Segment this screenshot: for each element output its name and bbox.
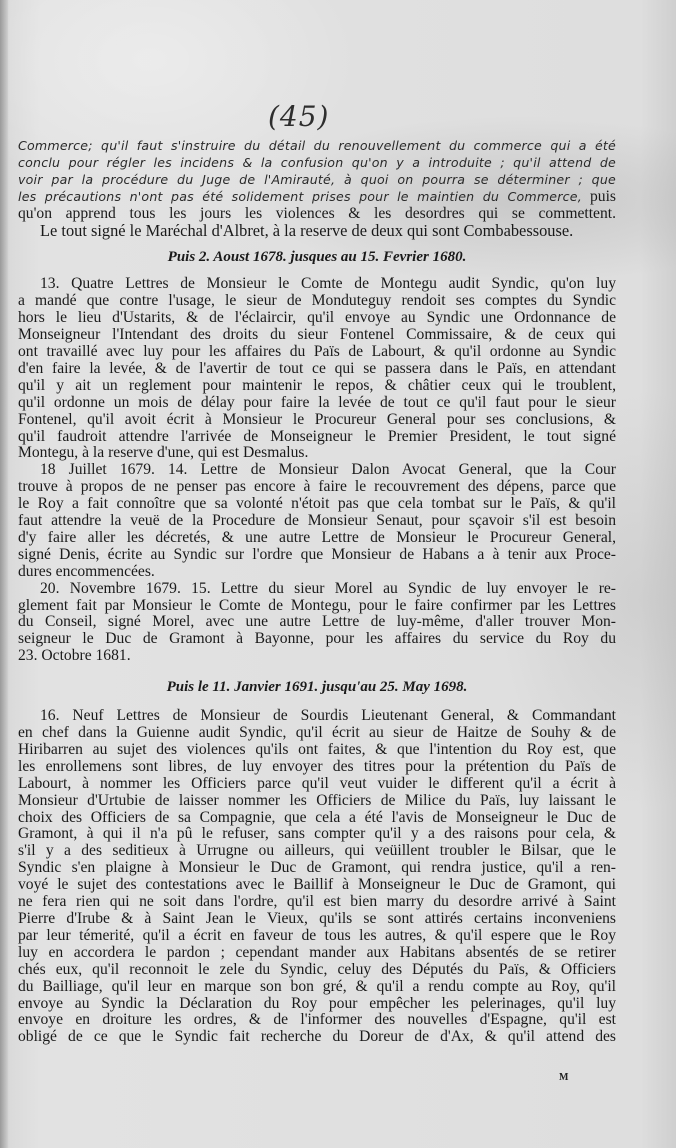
text-line: qu'on apprend tous les jours les violenc… (18, 206, 616, 223)
paragraph-15: 20. Novembre 1679. 15. Lettre du sieur M… (18, 581, 616, 666)
text-line: dures encommencées. (18, 564, 616, 581)
page-number: (45) (268, 100, 329, 133)
paragraph-14: 18 Juillet 1679. 14. Lettre de Monsieur … (18, 462, 616, 580)
signature-line: Le tout signé le Maréchal d'Albret, à la… (18, 223, 616, 240)
text-line: Pierre d'Irube & à Saint Jean le Vieux, … (18, 911, 616, 928)
section-heading-1678-1680: Puis 2. Aoust 1678. jusques au 15. Fevri… (18, 249, 616, 266)
text-line: Labourt, à nommer les Officiers parce qu… (18, 776, 616, 793)
text-line: ont travaillé avec luy pour les affaires… (18, 344, 616, 361)
text-line: Montegu, à la reserve d'une, qui est Des… (18, 445, 616, 462)
text-line: chés eux, qu'il reconnoit le zele du Syn… (18, 962, 616, 979)
text-line: signé Denis, écrite au Syndic sur l'ordr… (18, 547, 616, 564)
text-line: envoye en droiture les ordres, & de l'in… (18, 1012, 616, 1029)
section-heading-1691-1698: Puis le 11. Janvier 1691. jusqu'au 25. M… (18, 679, 616, 696)
text-line: 13. Quatre Lettres de Monsieur le Comte … (18, 276, 616, 293)
paragraph-13: 13. Quatre Lettres de Monsieur le Comte … (18, 276, 616, 462)
handwritten-line-with-print: les précautions n'ont pas été solidement… (18, 189, 616, 206)
text-line: 23. Octobre 1681. (18, 648, 616, 665)
text-line: Gramont, à qui il n'a pû le refuser, san… (18, 826, 616, 843)
handwritten-insert: Commerce; qu'il faut s'instruire du déta… (18, 138, 616, 206)
text-line: qu'il faudroit attendre l'arrivée de Mon… (18, 429, 616, 446)
text-line: voyé le sujet des contestations avec le … (18, 877, 616, 894)
text-line: 16. Neuf Lettres de Monsieur de Sourdis … (18, 708, 616, 725)
handwritten-line: voir par la procédure du Juge de l'Amira… (18, 172, 616, 189)
text-line: choix des Officiers de sa Compagnie, que… (18, 810, 616, 827)
intro-paragraph: qu'on apprend tous les jours les violenc… (18, 206, 616, 240)
text-line: 18 Juillet 1679. 14. Lettre de Monsieur … (18, 462, 616, 479)
text-line: qu'il y ait un reglement pour maintenir … (18, 378, 616, 395)
text-line: envoye au Syndic la Déclaration du Roy p… (18, 996, 616, 1013)
text-line: s'il y a des seditieux à Urrugne ou aill… (18, 843, 616, 860)
text-line: luy en accordera le pardon ; cependant m… (18, 945, 616, 962)
text-line: le Roy a fait connoître que sa volonté n… (18, 496, 616, 513)
document-body: Commerce; qu'il faut s'instruire du déta… (18, 138, 616, 1046)
binding-gutter (0, 0, 8, 1148)
text-line: trouve à propos de ne penser pas encore … (18, 479, 616, 496)
text-line: seigneur le Duc de Gramont à Bayonne, po… (18, 631, 616, 648)
text-line: du Conseil, signé Morel, avec une autre … (18, 614, 616, 631)
text-line: glement fait par Monsieur le Comte de Mo… (18, 598, 616, 615)
text-line: 20. Novembre 1679. 15. Lettre du sieur M… (18, 581, 616, 598)
text-line: obligé de ce que le Syndic fait recherch… (18, 1029, 616, 1046)
text-line: qu'il ordonne un mois de délay pour fair… (18, 395, 616, 412)
text-line: du Bailliage, qu'il leur en marque son b… (18, 979, 616, 996)
text-line: Hiribarren au sujet des violences qu'ils… (18, 742, 616, 759)
text-line: Monsieur d'Urtubie de laisser nommer les… (18, 793, 616, 810)
text-line: d'y faire aller les décretés, & une autr… (18, 530, 616, 547)
handwritten-line: conclu pour régler les incidens & la con… (18, 155, 616, 172)
text-line: Fontenel, qu'il avoit écrit à Monsieur l… (18, 412, 616, 429)
text-line: faut attendre la veuë de la Procedure de… (18, 513, 616, 530)
text-line: Monseigneur l'Intendant des droits du si… (18, 327, 616, 344)
text-line: par leur témerité, qu'il a écrit en fave… (18, 928, 616, 945)
text-line: ne fera rien qui ne soit dans l'ordre, q… (18, 894, 616, 911)
document-page: (45) Commerce; qu'il faut s'instruire du… (0, 0, 676, 1148)
handwritten-line: Commerce; qu'il faut s'instruire du déta… (18, 138, 616, 155)
handwritten-line: les précautions n'ont pas été solidement… (18, 189, 582, 204)
text-line: en chef dans la Guienne audit Syndic, qu… (18, 725, 616, 742)
text-line: Syndic s'en plaigne à Monsieur le Duc de… (18, 860, 616, 877)
text-line: hors le lieu d'Ustarits, & de l'éclairci… (18, 310, 616, 327)
text-line: d'en faire la levée, & de l'avertir de t… (18, 361, 616, 378)
text-line: a mandé que contre l'usage, le sieur de … (18, 293, 616, 310)
printed-word: puis (590, 188, 616, 205)
paragraph-16: 16. Neuf Lettres de Monsieur de Sourdis … (18, 708, 616, 1046)
printer-signature-mark: M (559, 1072, 568, 1083)
text-line: les enrollemens sont libres, de luy envo… (18, 759, 616, 776)
